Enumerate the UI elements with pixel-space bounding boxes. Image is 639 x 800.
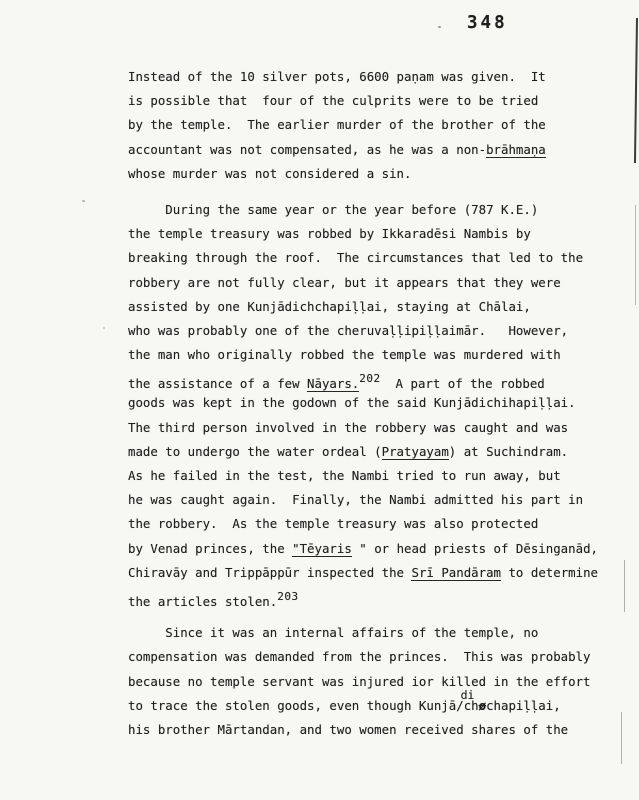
- text-run: the articles stolen.: [128, 594, 277, 609]
- text-line: Since it was an internal affairs of the …: [128, 621, 614, 645]
- text-run: assisted by one Kunjādichchapiḷḷai, stay…: [128, 299, 531, 314]
- text-run: because no temple servant was injured io…: [128, 674, 591, 689]
- scan-speck: [82, 200, 85, 202]
- text-run: to determine: [501, 565, 598, 580]
- page-number: 348: [467, 13, 508, 33]
- text-run: he was caught again. Finally, the Nambi …: [128, 492, 583, 507]
- text-line: robbery are not fully clear, but it appe…: [128, 271, 614, 295]
- text-run: the man who originally robbed the temple…: [128, 347, 561, 362]
- underlined-term: Pratyayam: [382, 444, 449, 460]
- text-run: the temple treasury was robbed by Ikkara…: [128, 226, 531, 241]
- text-line: is possible that four of the culprits we…: [128, 89, 614, 113]
- text-line: whose murder was not considered a sin.: [128, 162, 614, 186]
- text-line: As he failed in the test, the Nambi trie…: [128, 464, 614, 488]
- text-run: breaking through the roof. The circumsta…: [128, 250, 583, 265]
- text-run: whose murder was not considered a sin.: [128, 166, 411, 181]
- text-run: is possible that four of the culprits we…: [128, 93, 538, 108]
- text-line: breaking through the roof. The circumsta…: [128, 246, 614, 270]
- underlined-term: "Tēyaris: [292, 541, 352, 557]
- text-line: The third person involved in the robbery…: [128, 416, 614, 440]
- paragraph: Since it was an internal affairs of the …: [128, 621, 614, 742]
- text-run: Since it was an internal affairs of the …: [128, 625, 538, 640]
- text-run: to trace the stolen goods, even though K…: [128, 698, 479, 713]
- text-body: Instead of the 10 silver pots, 6600 paṇa…: [128, 65, 614, 754]
- text-run: Chiravāy and Trippāppūr inspected the: [128, 565, 411, 580]
- paragraph: During the same year or the year before …: [128, 198, 614, 609]
- scanned-page: 348 Instead of the 10 silver pots, 6600 …: [0, 0, 639, 800]
- scan-speck: [103, 327, 105, 329]
- text-run: accountant was not compensated, as he wa…: [128, 142, 486, 157]
- text-line: the robbery. As the temple treasury was …: [128, 512, 614, 536]
- text-run: chapiḷḷai,: [486, 698, 561, 713]
- text-run: by the temple. The earlier murder of the…: [128, 117, 546, 132]
- text-line: Instead of the 10 silver pots, 6600 paṇa…: [128, 65, 614, 89]
- text-line: During the same year or the year before …: [128, 198, 614, 222]
- scan-edge-artifact: [621, 712, 622, 764]
- text-run: robbery are not fully clear, but it appe…: [128, 275, 561, 290]
- scan-speck: [438, 26, 441, 28]
- text-line: he was caught again. Finally, the Nambi …: [128, 488, 614, 512]
- scan-edge-artifact: [635, 205, 636, 305]
- text-line: the man who originally robbed the temple…: [128, 343, 614, 367]
- paragraph: Instead of the 10 silver pots, 6600 paṇa…: [128, 65, 614, 186]
- footnote-reference: 203: [277, 590, 298, 603]
- text-run: by Venad princes, the: [128, 541, 292, 556]
- text-line: to trace the stolen goods, even though K…: [128, 694, 614, 718]
- text-line: Chiravāy and Trippāppūr inspected the Sr…: [128, 561, 614, 585]
- text-run: the robbery. As the temple treasury was …: [128, 516, 538, 531]
- text-run: During the same year or the year before …: [128, 202, 538, 217]
- scan-edge-artifact: [634, 18, 638, 163]
- struck-out-char: ø: [479, 698, 486, 713]
- footnote-reference: 202: [359, 372, 380, 385]
- text-line: accountant was not compensated, as he wa…: [128, 138, 614, 162]
- text-run: who was probably one of the cheruvaḷḷipi…: [128, 323, 568, 338]
- scan-edge-artifact: [624, 560, 625, 612]
- text-line: because no temple servant was injured io…: [128, 670, 614, 694]
- text-line: the articles stolen.203: [128, 585, 614, 609]
- text-line: his brother Mārtandan, and two women rec…: [128, 718, 614, 742]
- underlined-term: Nāyars.: [307, 376, 359, 392]
- underlined-term: Srī Pandāram: [411, 565, 501, 581]
- text-run: his brother Mārtandan, and two women rec…: [128, 722, 568, 737]
- text-line: made to undergo the water ordeal (Pratya…: [128, 440, 614, 464]
- underlined-term: brāhmaṇa: [486, 142, 546, 158]
- text-run: " or head priests of Dēsinganād,: [352, 541, 598, 556]
- text-line: the temple treasury was robbed by Ikkara…: [128, 222, 614, 246]
- text-run: The third person involved in the robbery…: [128, 420, 568, 435]
- text-run: compensation was demanded from the princ…: [128, 649, 591, 664]
- text-run: the assistance of a few: [128, 376, 307, 391]
- text-run: A part of the robbed: [381, 376, 545, 391]
- text-line: who was probably one of the cheruvaḷḷipi…: [128, 319, 614, 343]
- text-line: by Venad princes, the "Tēyaris " or head…: [128, 537, 614, 561]
- text-line: the assistance of a few Nāyars.202 A par…: [128, 367, 614, 391]
- text-run: made to undergo the water ordeal (: [128, 444, 382, 459]
- text-run: Instead of the 10 silver pots, 6600 paṇa…: [128, 69, 546, 84]
- text-line: assisted by one Kunjādichchapiḷḷai, stay…: [128, 295, 614, 319]
- text-line: goods was kept in the godown of the said…: [128, 391, 614, 415]
- text-line: by the temple. The earlier murder of the…: [128, 113, 614, 137]
- text-line: compensation was demanded from the princ…: [128, 645, 614, 669]
- text-run: goods was kept in the godown of the said…: [128, 395, 576, 410]
- text-run: ) at Suchindram.: [449, 444, 568, 459]
- text-run: As he failed in the test, the Nambi trie…: [128, 468, 561, 483]
